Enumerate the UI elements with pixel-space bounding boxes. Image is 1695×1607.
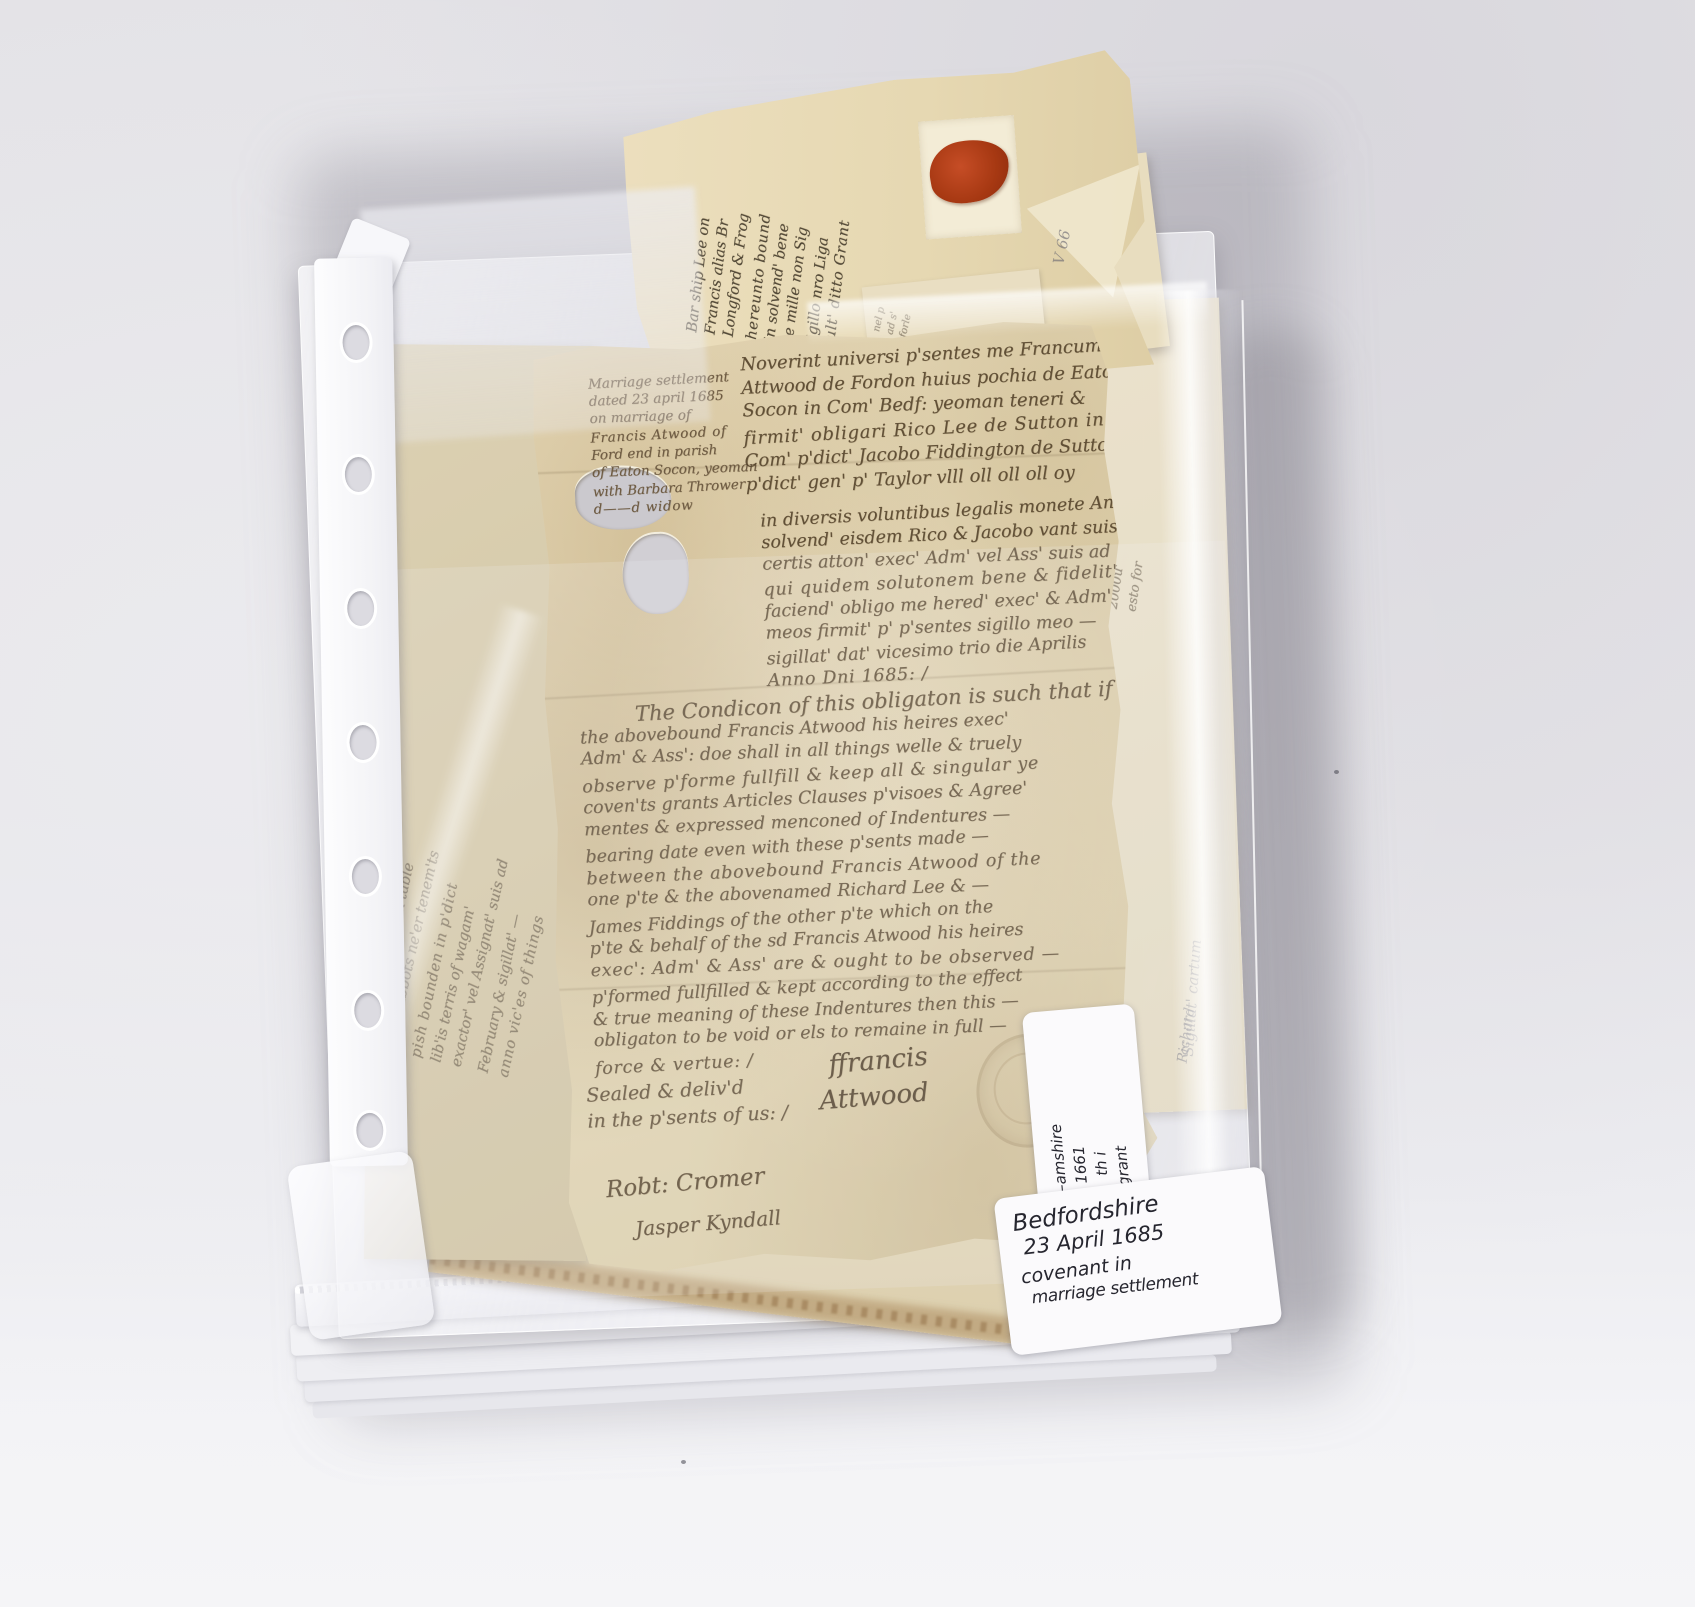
punch-hole (351, 990, 385, 1032)
sleeve-corner-curl (286, 1150, 435, 1341)
punch-hole (344, 588, 378, 630)
plastic-haze (360, 187, 711, 445)
dust-speck (1334, 770, 1339, 774)
front-catalog-label: Bedfordshire23 April 1685covenant inmarr… (993, 1166, 1282, 1356)
red-wax-seal (925, 134, 1015, 209)
latin-obligation-paragraph: Noverint universi p'sentes me FrancumAtt… (740, 335, 1111, 498)
side-catalog-label: —amshire1661th igrant (1022, 1003, 1150, 1204)
punch-hole (353, 1110, 387, 1152)
punched-filing-strip (314, 257, 408, 1166)
punch-hole (341, 454, 375, 496)
photograph-of-manuscripts: Edward' Harrisden & coS8 & Albans in Com… (0, 0, 1695, 1607)
punch-hole (346, 722, 380, 764)
punch-hole (349, 856, 383, 898)
top-document-script: Bar ship Lee onFrancis alias BrLongford … (681, 0, 892, 350)
punch-hole (339, 322, 373, 364)
side-label-text: —amshire1661th igrant (1036, 1008, 1136, 1201)
front-label-text: Bedfordshire23 April 1685covenant inmarr… (1011, 1179, 1270, 1310)
dust-speck (681, 1460, 686, 1464)
